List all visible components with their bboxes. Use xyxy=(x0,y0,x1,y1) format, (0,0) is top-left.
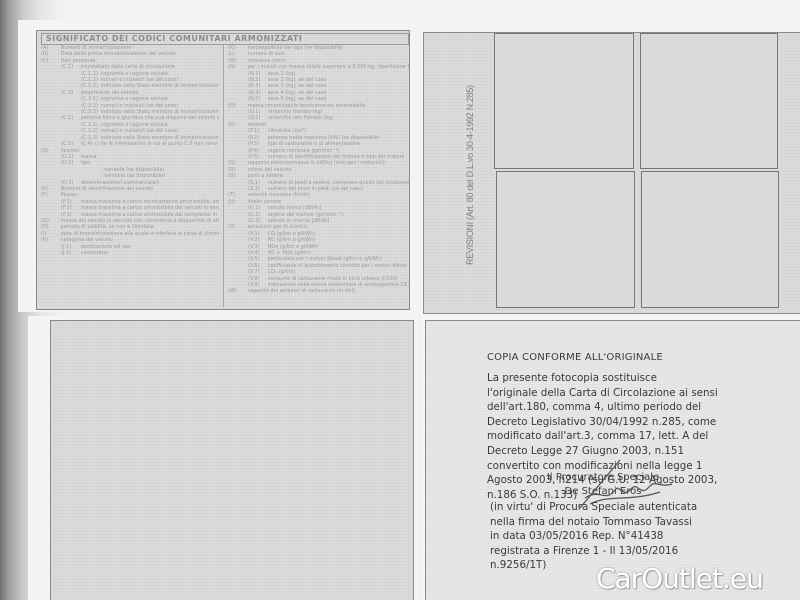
legend-text: asse 5 (kg), se del caso xyxy=(266,96,326,102)
legend-code: (O) xyxy=(228,103,246,109)
legend-text: Massa: xyxy=(59,192,78,198)
legend-text: periodo di validità, se non è illimitata xyxy=(59,224,154,230)
legend-text: coefficiente di assorbimento corretto pe… xyxy=(266,263,410,269)
legend-text: denominazione/i commerciale/i xyxy=(79,180,159,186)
legend-code: (D) xyxy=(41,148,59,154)
legend-text: indirizzo nello Stato membro di immatric… xyxy=(99,109,219,115)
legend-text: tipo di carburante o di alimentazione xyxy=(266,141,360,147)
legend-text: cognome o ragione sociale xyxy=(99,96,168,102)
legend-code: (F) xyxy=(41,192,59,198)
legend-text: persona fisica o giuridica che può dispo… xyxy=(79,115,219,121)
legend-code: (C.1) xyxy=(61,64,79,70)
legend-text: massa massima a carico ammissibile del c… xyxy=(79,212,219,218)
legend-text: massa rimorchiabile tecnicamente ammissi… xyxy=(246,103,367,109)
blank-panel xyxy=(50,320,414,600)
legend-text: Numero di identificazione del veicolo xyxy=(59,186,153,192)
legend-text: capacità dei serbatoi di carburante (in … xyxy=(246,288,355,294)
revision-box-4 xyxy=(641,171,779,308)
legend-row: (J.2) carrozzeria xyxy=(41,250,219,256)
revision-box-3 xyxy=(496,171,635,308)
legend-text: Intestatario della carta di circolazione xyxy=(79,64,175,70)
legend-text: numero di identificazione del motore e t… xyxy=(266,154,404,160)
legend-text: CO₂ (g/km) xyxy=(266,269,295,275)
legend-text: NOx (g/km o g/kWh) xyxy=(266,244,318,250)
legend-text: rimorchio frenato (kg) xyxy=(266,109,322,115)
legend-text: asse 3 (kg), se del caso xyxy=(266,83,326,89)
legend-row: (W) capacità dei serbatoi di carburante … xyxy=(228,288,410,294)
legend-text: regime nominale (giri/min⁻¹) xyxy=(266,148,339,154)
legend-text: emissioni gas di scarico: xyxy=(246,224,309,230)
legend-text: livello sonoro: xyxy=(246,199,282,205)
legend-code: (D.2) xyxy=(61,160,79,166)
legend-code: (P) xyxy=(228,122,246,128)
procura-line: nella firma del notaio Tommaso Tavassi xyxy=(490,515,697,530)
legend-text: veicolo fermo [dB(A)] xyxy=(266,205,321,211)
legend-text: asse 2 (kg), se del caso xyxy=(266,77,326,83)
legend-text: marca xyxy=(79,154,96,160)
legend-code: (C) xyxy=(41,58,59,64)
legend-code: (C.3) xyxy=(61,90,79,96)
legend-code: (S) xyxy=(228,173,246,179)
legend-text: cilindrata (cm³) xyxy=(266,128,306,134)
legend-text: interasse (mm) xyxy=(246,58,286,64)
legend-code: (K) xyxy=(41,237,59,243)
legend-text: nome/i o iniziale/i (se del caso) xyxy=(99,103,178,109)
codes-legend-title: SIGNIFICATO DEI CODICI COMUNITARI ARMONI… xyxy=(41,33,409,45)
legend-text: rapporto potenza/massa in kW/kg (solo pe… xyxy=(246,160,385,166)
legend-text: CO (g/km o g/kWh) xyxy=(266,231,315,237)
codes-legend-panel: SIGNIFICATO DEI CODICI COMUNITARI ARMONI… xyxy=(36,30,410,310)
certified-copy-line: Decreto Legislativo 30/04/1992 n.285, co… xyxy=(487,415,787,430)
legend-text: carrozzeria xyxy=(79,250,108,256)
legend-text: per i veicoli con massa totale superiore… xyxy=(246,64,410,70)
procura-line: (in virtu' di Procura Speciale autentica… xyxy=(490,500,697,515)
legend-text: motore: xyxy=(246,122,267,128)
revisions-label: REVISIONI (Art. 80 del D.L.vo 30-4-1992 … xyxy=(455,170,465,180)
procura-line: registrata a Firenze 1 - Il 13/05/2016 xyxy=(490,544,697,559)
legend-text: omologazione del tipo (se disponibile) xyxy=(246,45,343,51)
legend-text: veicolo in marcia [dB(A)] xyxy=(266,218,330,224)
legend-text: rimorchio non frenato (kg) xyxy=(266,115,333,121)
codes-legend-right-column: (K) omologazione del tipo (se disponibil… xyxy=(223,45,410,307)
procura-line: in data 03/05/2016 Rep. N°41438 xyxy=(490,529,697,544)
legend-code: (J.2) xyxy=(61,250,79,256)
certified-copy-line: l'originale della Carta di Circolazione … xyxy=(487,386,787,401)
legend-text: - variante (se disponibile) xyxy=(99,167,164,173)
legend-text: indirizzo nello Stato membro di immatric… xyxy=(99,135,219,141)
legend-text: posti a sedere: xyxy=(246,173,285,179)
legend-text: numero di assi xyxy=(246,51,284,57)
certified-copy-line: Decreto Legge 27 Giugno 2003, n.151 xyxy=(487,444,787,459)
legend-text: consumo di carburante misto in ciclo urb… xyxy=(266,276,397,282)
legend-text: destinazione ed uso xyxy=(79,244,131,250)
legend-text: (C.4) c) Se le informazioni di cui al pu… xyxy=(79,141,219,147)
legend-code: (C.2) xyxy=(61,115,79,121)
legend-text: particolato per i motori diesel (g/km o … xyxy=(266,256,382,262)
legend-text: massa massima a carico tecnicamente ammi… xyxy=(79,199,219,205)
legend-text: massa del veicolo in servizio con carroz… xyxy=(59,218,219,224)
certified-copy-title: COPIA CONFORME ALL'ORIGINALE xyxy=(487,352,663,363)
legend-code: (N) xyxy=(228,64,246,70)
legend-text: colore del veicolo xyxy=(246,167,291,173)
certified-copy-line: modificato dall'art.3, comma 17, lett. A… xyxy=(487,429,787,444)
legend-code: (U) xyxy=(228,199,246,205)
legend-text: indicazione della classe ambientale di o… xyxy=(266,282,410,288)
revision-box-1 xyxy=(494,33,634,169)
revision-box-2 xyxy=(640,33,778,169)
legend-text: tipo xyxy=(79,160,90,166)
legend-text: Numero di immatricolazione xyxy=(59,45,131,51)
legend-text: nome/i o iniziale/i (se del caso) xyxy=(99,77,178,83)
legend-text: asse 1 (kg) xyxy=(266,71,295,77)
legend-text: numero di posti a sedere, compreso quell… xyxy=(266,180,410,186)
legend-code: (W) xyxy=(228,288,246,294)
legend-text: nome/i o iniziale/i (se del caso) xyxy=(99,128,178,134)
legend-text: regime del motore (giri/min⁻¹) xyxy=(266,212,343,218)
legend-text: massa massima a carico ammissibile del v… xyxy=(79,205,219,211)
legend-text: cognome o ragione sociale xyxy=(99,71,168,77)
legend-text: Dati personali: xyxy=(59,58,97,64)
legend-text: proprietario del veicolo xyxy=(79,90,139,96)
legend-code: (V) xyxy=(228,224,246,230)
legend-text: HC + NOx (g/km) xyxy=(266,250,311,256)
certified-copy-line: La presente fotocopia sostituisce xyxy=(487,371,787,386)
legend-text: HC (g/km o g/kWh) xyxy=(266,237,315,243)
legend-text: potenza netta massima (kW) (se disponibi… xyxy=(266,135,380,141)
caroutlet-watermark: CarOutlet.eu xyxy=(596,562,763,595)
legend-text: - versione (se disponibile) xyxy=(99,173,165,179)
legend-text: data di immatricolazione alla quale si r… xyxy=(59,231,219,237)
legend-text: Veicolo: xyxy=(59,148,80,154)
legend-text: velocità massima (km/h) xyxy=(246,192,309,198)
codes-legend-left-column: (A) Numero di immatricolazione(B) Data d… xyxy=(41,45,219,256)
legend-text: categoria del veicolo xyxy=(59,237,113,243)
legend-text: asse 4 (kg), se del caso xyxy=(266,90,326,96)
legend-text: indirizzo nello Stato membro di immatric… xyxy=(99,83,219,89)
certified-copy-line: dell'art.180, comma 4, ultimo periodo de… xyxy=(487,400,787,415)
revisions-label-text: REVISIONI (Art. 80 del D.L.vo 30-4-1992 … xyxy=(465,85,475,265)
legend-text: numero dei posti in piedi (se del caso) xyxy=(266,186,363,192)
legend-text: Data della prima immatricolazione del ve… xyxy=(59,51,176,57)
legend-text: cognome o ragione sociale xyxy=(99,122,168,128)
